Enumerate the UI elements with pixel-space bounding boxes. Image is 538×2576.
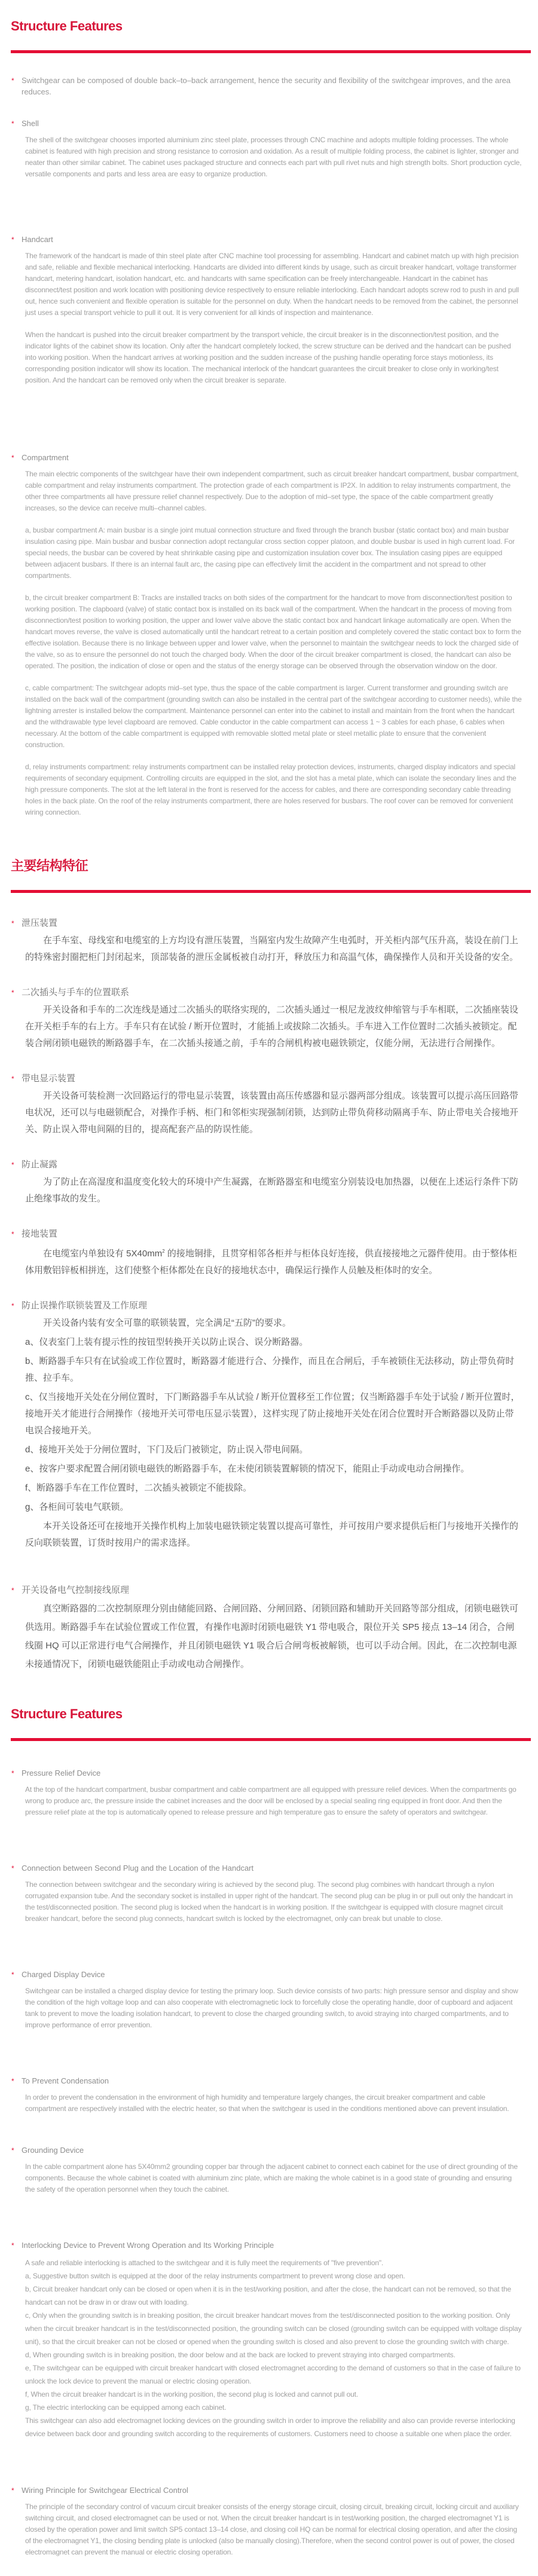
interlock-list-item: c, Only when the grounding switch is in …	[25, 2309, 522, 2348]
feature-heading: Wiring Principle for Switchgear Electric…	[22, 2485, 188, 2497]
feature-paragraph: The main electric components of the swit…	[25, 469, 522, 514]
relay-instruments-compartment-paragraph: d, relay instruments compartment: relay …	[25, 761, 522, 818]
feature-heading: 带电显示装置	[22, 1072, 75, 1085]
feature-item-condensation: * 防止凝露 为了防止在高湿度和温度变化较大的环境中产生凝露，在断路器室和电缆室…	[11, 1158, 531, 1207]
section-structure-features-en-2: Structure Features * Pressure Relief Dev…	[11, 1694, 531, 2558]
feature-item-charged-display: * 带电显示装置 开关设备可装检测一次回路运行的带电显示装置，该装置由高压传感器…	[11, 1072, 531, 1138]
feature-paragraph: 为了防止在高湿度和温度变化较大的环境中产生凝露，在断路器室和电缆室分别装设电加热…	[25, 1174, 522, 1207]
feature-paragraph: At the top of the handcart compartment, …	[25, 1784, 522, 1818]
interlock-outro: 本开关设备还可在接地开关操作机构上加装电磁铁锁定装置以提高可靠性，并可按用户要求…	[25, 1518, 522, 1552]
asterisk-bullet-icon: *	[11, 75, 22, 87]
interlock-list-item: d, When grounding switch is in breaking …	[25, 2348, 522, 2361]
interlock-list-item: e, The switchgear can be equipped with c…	[25, 2361, 522, 2388]
feature-paragraph: 开关设备可装检测一次回路运行的带电显示装置，该装置由高压传感器和显示器两部分组成…	[25, 1088, 522, 1138]
feature-item-grounding-device: * Grounding Device In the cable compartm…	[11, 2144, 531, 2195]
interlock-list-item: a、仪表室门上装有提示性的按钮型转换开关以防止误合、误分断路器。	[25, 1334, 522, 1351]
feature-paragraph: The shell of the switchgear chooses impo…	[25, 134, 522, 180]
feature-paragraph: 真空断路器的二次控制原理分别由储能回路、合闸回路、分闸回路、闭锁回路和辅助开关回…	[25, 1599, 522, 1674]
section-title: Structure Features	[11, 1706, 531, 1723]
feature-heading: 防止凝露	[22, 1158, 57, 1171]
asterisk-bullet-icon: *	[11, 986, 22, 999]
interlock-list-item: b、断路器手车只有在试验或工作位置时，断路器才能进行合、分操作，而且在合闸后，手…	[25, 1353, 522, 1387]
section-structure-features-zh: 主要结构特征 * 泄压装置 在手车室、母线室和电缆室的上方均设有泄压装置，当隔室…	[11, 836, 531, 1674]
feature-item-wiring-principle-en: * Wiring Principle for Switchgear Electr…	[11, 2485, 531, 2558]
section-title: Structure Features	[11, 18, 531, 35]
feature-item-pressure-relief: * 泄压装置 在手车室、母线室和电缆室的上方均设有泄压装置，当隔室内发生故障产生…	[11, 917, 531, 966]
feature-paragraph: 开关设备和手车的二次连线是通过二次插头的联络实现的，二次插头通过一根尼龙波纹伸缩…	[25, 1002, 522, 1052]
asterisk-bullet-icon: *	[11, 2485, 22, 2497]
asterisk-bullet-icon: *	[11, 1072, 22, 1085]
section-structure-features-en-1: Structure Features * Switchgear can be c…	[11, 0, 531, 818]
asterisk-bullet-icon: *	[11, 1158, 22, 1171]
feature-paragraph: In the cable compartment alone has 5X40m…	[25, 2161, 522, 2195]
interlock-list-item: b, Circuit breaker handcart only can be …	[25, 2283, 522, 2309]
feature-item-grounding: * 接地装置 在电缆室内单独设有 5X40mm2 的接地铜排，且贯穿相邻各柜并与…	[11, 1228, 531, 1279]
feature-heading: Compartment	[22, 452, 69, 464]
busbar-compartment-paragraph: a, busbar compartment A: main busbar is …	[25, 525, 522, 582]
asterisk-bullet-icon: *	[11, 1862, 22, 1874]
feature-item-pressure-relief-device: * Pressure Relief Device At the top of t…	[11, 1767, 531, 1818]
interlock-list-item: c、仅当接地开关处在分闸位置时，下门断路器手车从试验 / 断开位置移至工作位置；…	[25, 1389, 522, 1439]
interlock-outro: This switchgear can also add electromagn…	[25, 2414, 522, 2440]
feature-item-wiring-principle: * 开关设备电气控制接线原理 真空断路器的二次控制原理分别由储能回路、合闸回路、…	[11, 1584, 531, 1674]
asterisk-bullet-icon: *	[11, 2075, 22, 2087]
interlock-list-item: a, Suggestive button switch is equipped …	[25, 2269, 522, 2283]
interlock-list-item: f、断路器手车在工作位置时，二次插头被锁定不能拔除。	[25, 1480, 522, 1497]
feature-paragraph: The principle of the secondary control o…	[25, 2501, 522, 2558]
interlock-list-item: f, When the circuit breaker handcart is …	[25, 2388, 522, 2401]
interlock-intro: A safe and reliable interlocking is atta…	[25, 2256, 522, 2269]
feature-heading: Charged Display Device	[22, 1969, 105, 1981]
interlock-list-item: g、各柜间可装电气联锁。	[25, 1499, 522, 1516]
feature-item-interlocking-device: * Interlocking Device to Prevent Wrong O…	[11, 2240, 531, 2440]
feature-item-compartment: * Compartment The main electric componen…	[11, 452, 531, 818]
asterisk-bullet-icon: *	[11, 118, 22, 130]
asterisk-bullet-icon: *	[11, 234, 22, 246]
feature-heading: 开关设备电气控制接线原理	[22, 1584, 129, 1597]
feature-item-shell: * Shell The shell of the switchgear choo…	[11, 118, 531, 180]
feature-heading: 防止误操作联锁装置及工作原理	[22, 1299, 147, 1313]
circuit-breaker-compartment-paragraph: b, the circuit breaker compartment B: Tr…	[25, 592, 522, 672]
feature-paragraph: When the handcart is pushed into the cir…	[25, 329, 522, 386]
asterisk-bullet-icon: *	[11, 452, 22, 464]
feature-heading: Interlocking Device to Prevent Wrong Ope…	[22, 2240, 274, 2251]
interlock-list-item: g, The electric interlocking can be equi…	[25, 2401, 522, 2414]
interlock-list-item: d、接地开关处于分闸位置时，下门及后门被锁定，防止误入带电间隔。	[25, 1442, 522, 1458]
feature-heading: Connection between Second Plug and the L…	[22, 1862, 253, 1874]
feature-paragraph: 在电缆室内单独设有 5X40mm2 的接地铜排，且贯穿相邻各柜并与柜体良好连接，…	[25, 1243, 522, 1279]
feature-item-secondary-plug: * 二次插头与手车的位置联系 开关设备和手车的二次连线是通过二次插头的联络实现的…	[11, 986, 531, 1052]
feature-item-handcart: * Handcart The framework of the handcart…	[11, 234, 531, 386]
page: Structure Features * Switchgear can be c…	[0, 0, 538, 2558]
feature-item-interlocking: * 防止误操作联锁装置及工作原理 开关设备内装有安全可靠的联锁装置，完全满足“五…	[11, 1299, 531, 1552]
asterisk-bullet-icon: *	[11, 2240, 22, 2251]
feature-lead-text: Switchgear can be composed of double bac…	[22, 75, 531, 97]
feature-heading: Grounding Device	[22, 2144, 84, 2156]
asterisk-bullet-icon: *	[11, 1969, 22, 1981]
interlock-list-item: e、按客户要求配置合闸闭锁电磁铁的断路器手车，在未使闭锁装置解锁的情况下，能阻止…	[25, 1461, 522, 1477]
feature-heading: To Prevent Condensation	[22, 2075, 109, 2087]
feature-heading: 二次插头与手车的位置联系	[22, 986, 129, 999]
asterisk-bullet-icon: *	[11, 1299, 22, 1313]
feature-item-prevent-condensation: * To Prevent Condensation In order to pr…	[11, 2075, 531, 2115]
feature-item-lead: * Switchgear can be composed of double b…	[11, 75, 531, 97]
feature-heading: Handcart	[22, 234, 53, 246]
asterisk-bullet-icon: *	[11, 1228, 22, 1241]
feature-paragraph: The framework of the handcart is made of…	[25, 250, 522, 319]
asterisk-bullet-icon: *	[11, 1767, 22, 1779]
cable-compartment-paragraph: c, cable compartment: The switchgear ado…	[25, 683, 522, 751]
asterisk-bullet-icon: *	[11, 2144, 22, 2156]
feature-heading: 泄压装置	[22, 917, 57, 930]
feature-heading: Shell	[22, 118, 39, 130]
asterisk-bullet-icon: *	[11, 917, 22, 930]
interlock-intro: 开关设备内装有安全可靠的联锁装置，完全满足“五防”的要求。	[25, 1315, 522, 1332]
section-title: 主要结构特征	[11, 858, 531, 874]
feature-paragraph: In order to prevent the condensation in …	[25, 2092, 522, 2115]
feature-paragraph: Switchgear can be installed a charged di…	[25, 1985, 522, 2031]
asterisk-bullet-icon: *	[11, 1584, 22, 1597]
feature-heading: 接地装置	[22, 1228, 57, 1241]
feature-paragraph: 在手车室、母线室和电缆室的上方均设有泄压装置，当隔室内发生故障产生电弧时，开关柜…	[25, 932, 522, 966]
feature-item-second-plug: * Connection between Second Plug and the…	[11, 1862, 531, 1925]
feature-paragraph: The connection between switchgear and th…	[25, 1879, 522, 1925]
feature-item-charged-display-device: * Charged Display Device Switchgear can …	[11, 1969, 531, 2031]
feature-heading: Pressure Relief Device	[22, 1767, 100, 1779]
